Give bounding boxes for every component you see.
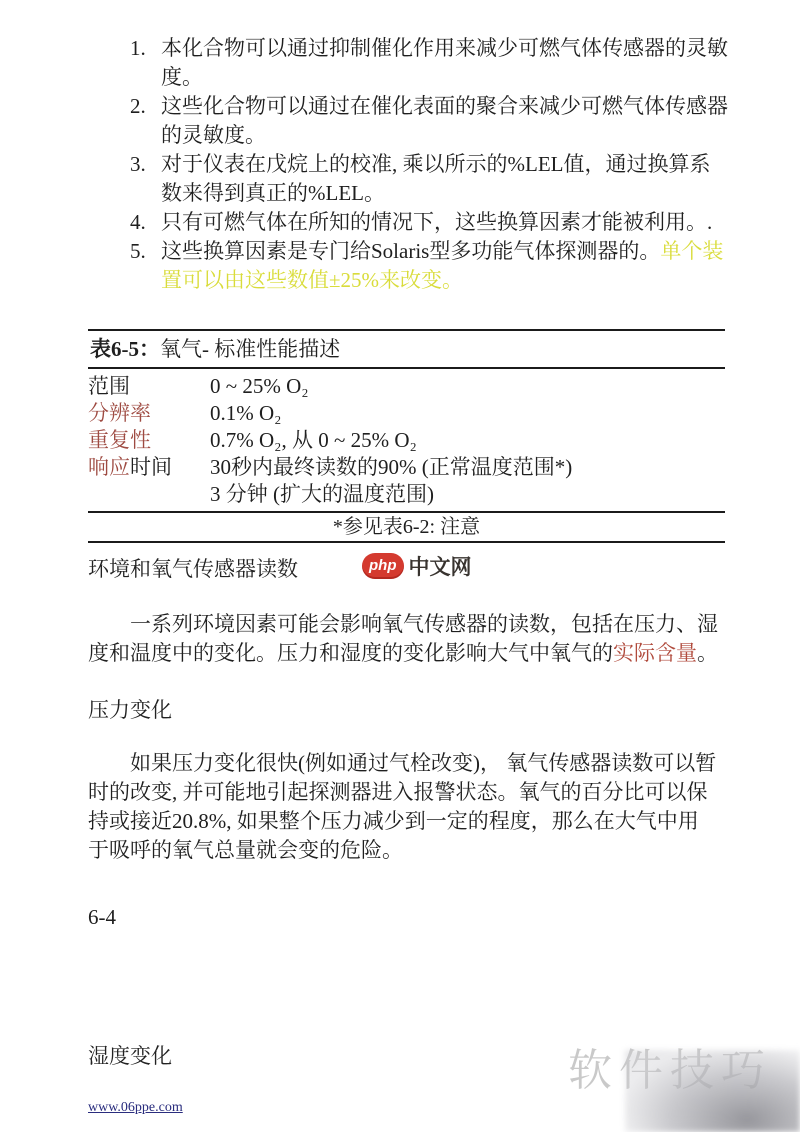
list-number: 1. <box>130 34 161 92</box>
table-title: 表6-5：氧气- 标准性能描述 <box>88 331 725 369</box>
list-text: 本化合物可以通过抑制催化作用来减少可燃气体传感器的灵敏度。 <box>161 36 728 89</box>
document-page: 1. 本化合物可以通过抑制催化作用来减少可燃气体传感器的灵敏度。 2. 这些化合… <box>0 0 800 1132</box>
table-body: 范围 0 ~ 25% O₂ 分辨率 0.1% O₂ 重复性 0.7% O₂, 从… <box>88 369 725 508</box>
environment-paragraph: 一系列环境因素可能会影响氧气传感器的读数，包括在压力、湿度和温度中的变化。压力和… <box>88 610 718 668</box>
row-label-spacer <box>88 481 210 508</box>
section-heading-pressure: 压力变化 <box>88 694 172 724</box>
scan-smudge <box>625 1050 800 1132</box>
list-number: 2. <box>130 92 161 150</box>
row-label: 分辨率 <box>88 400 210 427</box>
row-label: 重复性 <box>88 427 210 454</box>
list-text: 这些化合物可以通过在催化表面的聚合来减少可燃气体传感器的灵敏度。 <box>161 94 728 147</box>
table-row: 范围 0 ~ 25% O₂ <box>88 373 725 400</box>
row-value: 0.1% O₂ <box>210 400 725 427</box>
list-item: 2. 这些化合物可以通过在催化表面的聚合来减少可燃气体传感器的灵敏度。 <box>130 92 730 150</box>
row-label: 范围 <box>88 373 210 400</box>
list-text: 对于仪表在戊烷上的校准, 乘以所示的%LEL值，通过换算系数来得到真正的%LEL… <box>161 152 710 205</box>
paragraph-tail: 。 <box>697 641 718 665</box>
table-row: 响应时间 30秒内最终读数的90% (正常温度范围*) <box>88 454 725 481</box>
numbered-list: 1. 本化合物可以通过抑制催化作用来减少可燃气体传感器的灵敏度。 2. 这些化合… <box>130 34 730 295</box>
table-number: 表6-5： <box>90 337 160 361</box>
row-label: 响应时间 <box>88 454 210 481</box>
list-item: 4. 只有可燃气体在所知的情况下，这些换算因素才能被利用。. <box>130 208 730 237</box>
row-value: 0.7% O₂, 从 0 ~ 25% O₂ <box>210 427 725 454</box>
table-row: 重复性 0.7% O₂, 从 0 ~ 25% O₂ <box>88 427 725 454</box>
php-logo-name: 中文网 <box>409 551 472 581</box>
red-highlight-text: 实际含量 <box>613 641 697 665</box>
row-label-red: 响应 <box>88 455 130 479</box>
table-row: 分辨率 0.1% O₂ <box>88 400 725 427</box>
row-value: 0 ~ 25% O₂ <box>210 373 725 400</box>
section-heading-humidity: 湿度变化 <box>88 1040 172 1070</box>
list-text: 这些换算因素是专门给Solaris型多功能气体探测器的。 <box>161 239 660 263</box>
table-row: 3 分钟 (扩大的温度范围) <box>88 481 725 508</box>
table-footnote: *参见表6-2: 注意 <box>88 511 725 543</box>
list-item: 5. 这些换算因素是专门给Solaris型多功能气体探测器的。单个装置可以由这些… <box>130 237 730 295</box>
row-label-black: 时间 <box>130 455 172 479</box>
php-cn-logo: php 中文网 <box>362 551 472 581</box>
php-logo-badge-icon: php <box>362 553 404 579</box>
spec-table: 表6-5：氧气- 标准性能描述 范围 0 ~ 25% O₂ 分辨率 0.1% O… <box>88 329 725 543</box>
list-item: 3. 对于仪表在戊烷上的校准, 乘以所示的%LEL值，通过换算系数来得到真正的%… <box>130 150 730 208</box>
list-item: 1. 本化合物可以通过抑制催化作用来减少可燃气体传感器的灵敏度。 <box>130 34 730 92</box>
list-text: 只有可燃气体在所知的情况下，这些换算因素才能被利用。. <box>161 210 712 234</box>
site-link[interactable]: www.06ppe.com <box>88 1100 183 1116</box>
row-value: 30秒内最终读数的90% (正常温度范围*) <box>210 454 725 481</box>
row-value-line2: 3 分钟 (扩大的温度范围) <box>210 481 725 508</box>
section-heading-environment: 环境和氧气传感器读数 <box>88 553 298 583</box>
list-number: 4. <box>130 208 161 237</box>
list-number: 5. <box>130 237 161 295</box>
table-caption: 氧气- 标准性能描述 <box>160 337 340 361</box>
page-number: 6-4 <box>88 905 116 930</box>
pressure-paragraph: 如果压力变化很快(例如通过气栓改变)， 氧气传感器读数可以暂时的改变, 并可能地… <box>88 749 718 865</box>
list-number: 3. <box>130 150 161 208</box>
